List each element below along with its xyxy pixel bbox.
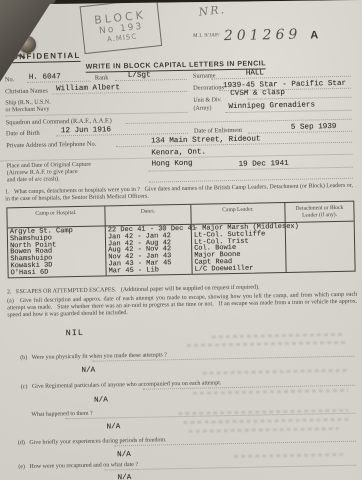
ref-suffix: A xyxy=(310,29,318,41)
camp-table: Camp or Hospital. Dates. Camp Leader. De… xyxy=(6,201,355,279)
column-camps: Argyle St. CampShamshuipoNorth PointBowe… xyxy=(8,226,107,277)
table-cell-line: O'Hasi 6D xyxy=(11,268,106,277)
ref-number-handwritten: 201269 xyxy=(224,27,302,44)
bleedthrough-mark xyxy=(187,341,347,347)
field-label-squadron: Squadron and Command (R.A.F., A.A.F.) xyxy=(6,117,112,126)
answer-2e: N/A xyxy=(117,474,131,480)
question-2b-text: (b) Were you physically fit when you mad… xyxy=(20,349,350,362)
answer-2b: N/A xyxy=(81,367,95,375)
ref-label: M.I. 9/JAP/ xyxy=(193,33,220,39)
answer-2c2: N/A xyxy=(107,423,121,431)
header-camp-or-hospital: Camp or Hospital. xyxy=(7,206,105,227)
bleedthrough-mark xyxy=(189,427,339,433)
field-value-unit: Winnipeg Grenadiers xyxy=(228,101,315,111)
answer-2c: N/A xyxy=(94,396,108,404)
block-stamp: BLOCK No 193 A.MISC xyxy=(80,0,163,54)
nr-annotation: NR. xyxy=(198,3,227,19)
camp-table-body: Argyle St. CampShamshuipoNorth PointBowe… xyxy=(8,222,355,278)
answer-2d: N/A xyxy=(117,451,131,459)
reference-number-block: M.I. 9/JAP/ 201269 A xyxy=(193,25,319,45)
field-label-unit-1: Unit & Div. xyxy=(193,97,222,105)
dotted-rule xyxy=(27,81,91,83)
dotted-rule xyxy=(211,76,351,80)
dotted-rule xyxy=(115,79,187,81)
field-label-ship-2: or Merchant Navy xyxy=(5,107,49,115)
header-detachment-leader: Detachment or Block Leader (if any). xyxy=(285,202,353,222)
form-heading: WRITE IN BLOCK CAPITAL LETTERS IN PENCIL xyxy=(86,60,266,72)
column-leaders: - Major Marsh (Middlesex)Lt-Col. Sutclif… xyxy=(192,223,287,274)
field-label-rank: Rank xyxy=(95,74,109,81)
field-value-capture-place: Hong Kong xyxy=(151,160,192,169)
question-2e-text: (e) How were you recaptured and on what … xyxy=(18,458,353,471)
bleedthrough-mark xyxy=(193,389,348,395)
dotted-rule xyxy=(149,178,353,183)
field-label-enlistment: Date of Enlistment xyxy=(194,127,242,135)
field-label-address: Private Address and Telephone No. xyxy=(6,141,96,150)
bleedthrough-mark xyxy=(203,369,348,375)
bleedthrough-mark xyxy=(183,418,348,424)
column-detachment-empty xyxy=(286,222,355,272)
field-label-dob: Date of Birth xyxy=(6,130,40,138)
scanned-form-page: BLOCK No 193 A.MISC NR. CONFIDENTIAL M.I… xyxy=(0,0,362,480)
table-cell-line: L/C Doeweiller xyxy=(195,265,286,274)
field-label-capture-3: and date of a/c crash). xyxy=(7,176,60,184)
bleedthrough-mark xyxy=(212,333,342,338)
field-label-unit-2: (Army) xyxy=(193,105,211,112)
answer-2a: NIL xyxy=(66,329,84,337)
column-dates: 22 Dec 41 - 30 Dec 41Jan 42 - Jan 42Jan … xyxy=(106,225,193,276)
table-cell-line: Mar 45 - Lib xyxy=(109,267,192,275)
form-content: BLOCK No 193 A.MISC NR. CONFIDENTIAL M.I… xyxy=(0,0,362,480)
dotted-rule xyxy=(248,131,352,134)
field-label-no: No. xyxy=(5,76,15,83)
question-2d-text: (d) Give briefly your experiences during… xyxy=(18,434,353,447)
field-label-christian-names: Christian Names xyxy=(5,88,48,96)
question-1-text: 1. What camps, detachments or hospitals … xyxy=(5,183,355,204)
header-dates: Dates. xyxy=(105,205,191,226)
question-2a-text: (a) Give full description and approx. da… xyxy=(7,292,357,320)
block-stamp-line: A.MISC xyxy=(107,32,138,43)
header-camp-leader: Camp Leader. xyxy=(191,203,285,224)
